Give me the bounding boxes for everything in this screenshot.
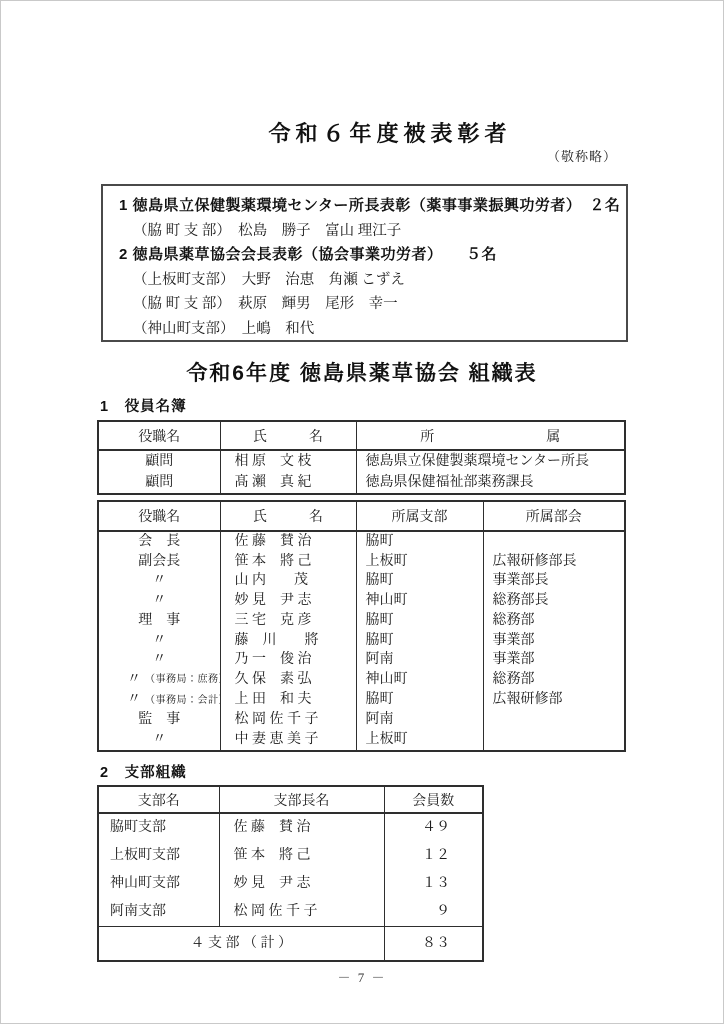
advisor-role: 顧問	[98, 472, 220, 494]
branch-members: １２	[384, 842, 483, 870]
table-row: 阿南支部 松 岡 佐 千 子 ９	[98, 898, 483, 927]
advisors-header-affiliation: 所 属	[356, 421, 625, 450]
officer-name: 藤 川 將	[220, 631, 356, 651]
advisor-affiliation: 徳島県立保健製薬環境センター所長	[356, 450, 625, 472]
officer-department: 広報研修部長	[483, 552, 625, 572]
officer-branch: 阿南	[356, 650, 483, 670]
award-2-recipients-3: （神山町支部） 上嶋 和代	[119, 317, 620, 342]
officer-department: 広報研修部	[483, 690, 625, 710]
award-2-recipients-1: （上板町支部） 大野 治恵 角瀬 こずえ	[119, 268, 620, 293]
officer-name: 三 宅 克 彦	[220, 611, 356, 631]
branches-header-name: 支部名	[98, 786, 219, 813]
branches-table: 支部名 支部長名 会員数 脇町支部 佐 藤 賛 治 ４９ 上板町支部 笹 本 將…	[97, 785, 484, 962]
officer-role: 〃（事務局：会計）	[98, 690, 220, 710]
table-row: 〃 山 内 茂 脇町 事業部長	[98, 571, 625, 591]
table-row: 〃 中 妻 恵 美 子 上板町	[98, 730, 625, 751]
officers-header-role: 役職名	[98, 501, 220, 531]
officers-section-heading: 1 役員名簿	[100, 395, 187, 416]
branch-name: 神山町支部	[98, 870, 219, 898]
officer-department	[483, 710, 625, 730]
honorific-note: （敬称略）	[547, 146, 617, 165]
officer-name: 松 岡 佐 千 子	[220, 710, 356, 730]
officer-branch: 阿南	[356, 710, 483, 730]
officer-role: 〃	[98, 650, 220, 670]
officer-name: 乃 一 俊 治	[220, 650, 356, 670]
officer-branch: 上板町	[356, 552, 483, 572]
officer-department: 事業部	[483, 631, 625, 651]
branches-section-heading: 2 支部組織	[100, 761, 187, 782]
officer-name: 上 田 和 夫	[220, 690, 356, 710]
branches-total-members: ８３	[384, 927, 483, 962]
organization-title: 令和6年度 徳島県薬草協会 組織表	[0, 357, 724, 387]
table-row: 顧問 髙 瀨 真 紀 徳島県保健福祉部薬務課長	[98, 472, 625, 494]
officer-branch: 神山町	[356, 670, 483, 690]
role-note: （事務局：庶務）	[145, 674, 220, 685]
officer-department: 事業部長	[483, 571, 625, 591]
officer-branch: 脇町	[356, 571, 483, 591]
table-row: 〃 藤 川 將 脇町 事業部	[98, 631, 625, 651]
table-row: 上板町支部 笹 本 將 己 １２	[98, 842, 483, 870]
role-mark: 〃	[127, 692, 141, 707]
table-row: 顧問 相 原 文 枝 徳島県立保健製薬環境センター所長	[98, 450, 625, 472]
branches-total-row: ４ 支 部 （ 計 ） ８３	[98, 927, 483, 962]
officer-department	[483, 730, 625, 751]
role-mark: 〃	[127, 672, 141, 687]
branch-leader: 妙 見 尹 志	[219, 870, 384, 898]
officer-department: 総務部	[483, 670, 625, 690]
award-1-recipients: （脇 町 支 部） 松島 勝子 富山 理江子	[119, 219, 620, 244]
advisor-name: 髙 瀨 真 紀	[220, 472, 356, 494]
officer-name: 妙 見 尹 志	[220, 591, 356, 611]
officer-role: 〃	[98, 571, 220, 591]
page-number: － 7 －	[0, 967, 724, 986]
award-2-recipients-2: （脇 町 支 部） 萩原 輝男 尾形 幸一	[119, 292, 620, 317]
officer-role: 会 長	[98, 531, 220, 552]
award-recipients-box: 1 徳島県立保健製薬環境センター所長表彰（薬事事業振興功労者） ２名 （脇 町 …	[101, 184, 628, 342]
advisors-header-row: 役職名 氏 名 所 属	[98, 421, 625, 450]
officers-header-row: 役職名 氏 名 所属支部 所属部会	[98, 501, 625, 531]
branches-total-label: ４ 支 部 （ 計 ）	[98, 927, 384, 962]
table-row: 脇町支部 佐 藤 賛 治 ４９	[98, 813, 483, 842]
officers-table: 役職名 氏 名 所属支部 所属部会 会 長 佐 藤 賛 治 脇町 副会長 笹 本…	[97, 500, 626, 752]
officer-role: 〃	[98, 730, 220, 751]
branch-members: １３	[384, 870, 483, 898]
officer-branch: 脇町	[356, 690, 483, 710]
advisors-header-role: 役職名	[98, 421, 220, 450]
role-note: （事務局：会計）	[145, 695, 220, 706]
table-row: 〃（事務局：会計） 上 田 和 夫 脇町 広報研修部	[98, 690, 625, 710]
table-row: 会 長 佐 藤 賛 治 脇町	[98, 531, 625, 552]
officer-name: 久 保 素 弘	[220, 670, 356, 690]
branch-leader: 松 岡 佐 千 子	[219, 898, 384, 927]
branches-header-members: 会員数	[384, 786, 483, 813]
branch-name: 脇町支部	[98, 813, 219, 842]
advisor-role: 顧問	[98, 450, 220, 472]
branch-members: ９	[384, 898, 483, 927]
advisors-header-name: 氏 名	[220, 421, 356, 450]
officer-name: 笹 本 將 己	[220, 552, 356, 572]
officers-header-branch: 所属支部	[356, 501, 483, 531]
branch-leader: 佐 藤 賛 治	[219, 813, 384, 842]
officer-role: 理 事	[98, 611, 220, 631]
officer-department: 総務部	[483, 611, 625, 631]
officer-role: 副会長	[98, 552, 220, 572]
officer-branch: 脇町	[356, 531, 483, 552]
table-row: 監 事 松 岡 佐 千 子 阿南	[98, 710, 625, 730]
officers-header-name: 氏 名	[220, 501, 356, 531]
branches-header-leader: 支部長名	[219, 786, 384, 813]
branch-name: 上板町支部	[98, 842, 219, 870]
officer-department: 総務部長	[483, 591, 625, 611]
officer-branch: 脇町	[356, 631, 483, 651]
officers-header-department: 所属部会	[483, 501, 625, 531]
table-row: 〃 妙 見 尹 志 神山町 総務部長	[98, 591, 625, 611]
branches-header-row: 支部名 支部長名 会員数	[98, 786, 483, 813]
table-row: 〃 乃 一 俊 治 阿南 事業部	[98, 650, 625, 670]
advisors-table: 役職名 氏 名 所 属 顧問 相 原 文 枝 徳島県立保健製薬環境センター所長 …	[97, 420, 626, 495]
officer-name: 山 内 茂	[220, 571, 356, 591]
officer-branch: 上板町	[356, 730, 483, 751]
officer-role: 〃	[98, 631, 220, 651]
document-page: { "page": { "title1": "令和６年度被表彰者", "hono…	[0, 0, 724, 1024]
page-title: 令和６年度被表彰者	[56, 117, 724, 148]
branch-members: ４９	[384, 813, 483, 842]
officer-department: 事業部	[483, 650, 625, 670]
branch-leader: 笹 本 將 己	[219, 842, 384, 870]
officer-role: 〃（事務局：庶務）	[98, 670, 220, 690]
officer-branch: 神山町	[356, 591, 483, 611]
award-2-heading: 2 徳島県薬草協会会長表彰（協会事業功労者） ５名	[119, 243, 620, 268]
officer-branch: 脇町	[356, 611, 483, 631]
advisor-name: 相 原 文 枝	[220, 450, 356, 472]
officer-department	[483, 531, 625, 552]
advisor-affiliation: 徳島県保健福祉部薬務課長	[356, 472, 625, 494]
officer-name: 佐 藤 賛 治	[220, 531, 356, 552]
officer-name: 中 妻 恵 美 子	[220, 730, 356, 751]
officer-role: 〃	[98, 591, 220, 611]
table-row: 神山町支部 妙 見 尹 志 １３	[98, 870, 483, 898]
table-row: 〃（事務局：庶務） 久 保 素 弘 神山町 総務部	[98, 670, 625, 690]
award-1-heading: 1 徳島県立保健製薬環境センター所長表彰（薬事事業振興功労者） ２名	[119, 194, 620, 219]
table-row: 副会長 笹 本 將 己 上板町 広報研修部長	[98, 552, 625, 572]
officer-role: 監 事	[98, 710, 220, 730]
table-row: 理 事 三 宅 克 彦 脇町 総務部	[98, 611, 625, 631]
branch-name: 阿南支部	[98, 898, 219, 927]
